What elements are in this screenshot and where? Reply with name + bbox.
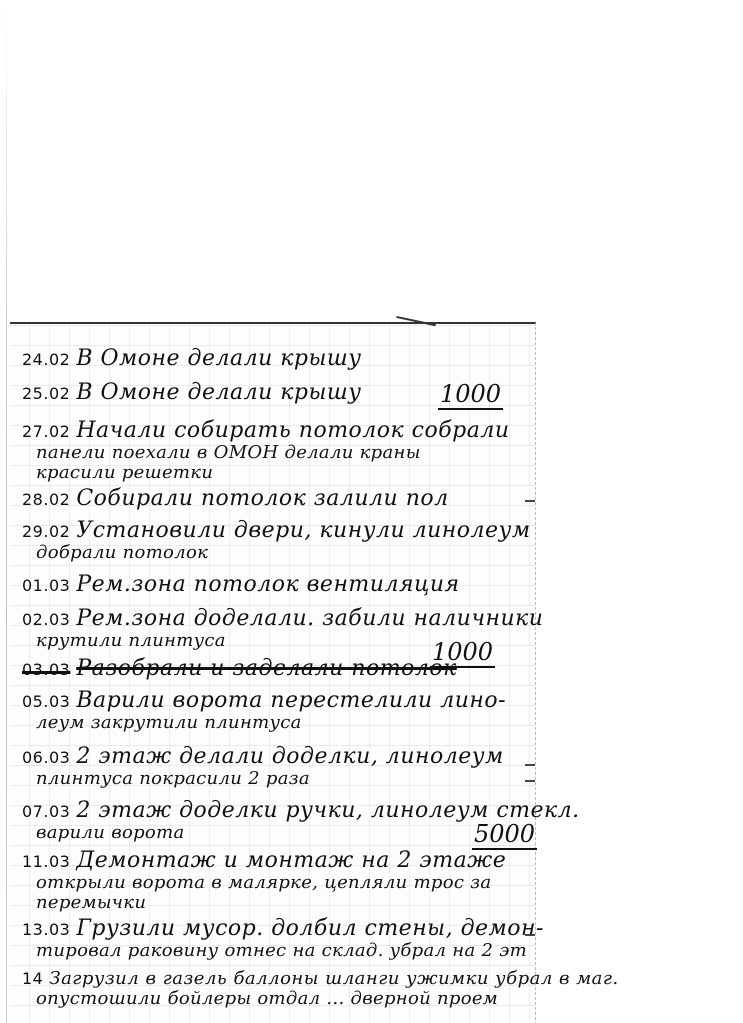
log-entry: 11.03Демонтаж и монтаж на 2 этаже открыл… xyxy=(22,850,542,912)
margin-mark xyxy=(525,934,535,936)
entry-text: варили ворота xyxy=(36,824,542,842)
entry-text: панели поехали в ОМОН делали краны xyxy=(36,444,542,462)
entry-text: Установили двери, кинули линолеум xyxy=(76,518,530,543)
entry-date: 24.02 xyxy=(22,350,70,369)
log-entry: 13.03Грузили мусор. долбил стены, демон-… xyxy=(22,918,542,960)
scan-edge xyxy=(6,0,7,1023)
log-entry: 07.032 этаж доделки ручки, линолеум стек… xyxy=(22,800,542,842)
log-entry: 06.032 этаж делали доделки, линолеум пли… xyxy=(22,746,542,788)
entry-text: тировал раковину отнес на склад. убрал н… xyxy=(36,942,542,960)
entry-date: 13.03 xyxy=(22,920,70,939)
entry-date: 14 xyxy=(22,969,43,988)
entry-text: леум закрутили плинтуса xyxy=(36,714,542,732)
entry-text: открыли ворота в малярке, цепляли трос з… xyxy=(36,874,542,892)
entry-text: В Омоне делали крышу xyxy=(76,346,361,371)
log-entry: 24.02В Омоне делали крышу xyxy=(22,348,542,370)
entry-text: Варили ворота перестелили лино- xyxy=(76,688,506,713)
entry-text: Собирали потолок залили пол xyxy=(76,486,448,511)
log-entry: 29.02Установили двери, кинули линолеум д… xyxy=(22,520,542,562)
entry-text: плинтуса покрасили 2 раза xyxy=(36,770,542,788)
entry-date: 02.03 xyxy=(22,610,70,629)
log-entry: 27.02Начали собирать потолок собрали пан… xyxy=(22,420,542,482)
entry-date: 29.02 xyxy=(22,522,70,541)
log-entry: 28.02Собирали потолок залили пол xyxy=(22,488,542,510)
entry-text: Рем.зона доделали. забили наличники xyxy=(76,606,543,631)
entry-date: 27.02 xyxy=(22,422,70,441)
entry-date: 11.03 xyxy=(22,852,70,871)
entry-text: Начали собирать потолок собрали xyxy=(76,418,509,443)
notebook-page: 24.02В Омоне делали крышу 25.02В Омоне д… xyxy=(10,322,536,1023)
amount-label: 1000 xyxy=(438,380,503,410)
amount-label: 5000 xyxy=(472,820,537,850)
entry-date: 28.02 xyxy=(22,490,70,509)
log-entry: 05.03Варили ворота перестелили лино- леу… xyxy=(22,690,542,732)
margin-mark xyxy=(525,780,535,782)
margin-mark xyxy=(525,500,535,502)
entry-date: 05.03 xyxy=(22,692,70,711)
paper-tear xyxy=(394,316,436,336)
entry-date: 25.02 xyxy=(22,384,70,403)
entry-date: 01.03 xyxy=(22,576,70,595)
log-entry-struck: 03.03Разобрали и заделали потолок xyxy=(22,658,542,680)
entry-date: 03.03 xyxy=(22,660,70,679)
entry-text: Разобрали и заделали потолок xyxy=(76,656,456,681)
entry-date: 06.03 xyxy=(22,748,70,767)
entry-text: добрали потолок xyxy=(36,544,542,562)
entry-text: Рем.зона потолок вентиляция xyxy=(76,572,459,597)
entry-text: В Омоне делали крышу xyxy=(76,380,361,405)
entry-text: Демонтаж и монтаж на 2 этаже xyxy=(76,848,506,873)
entry-date: 07.03 xyxy=(22,802,70,821)
entry-text: красили решетки xyxy=(36,464,542,482)
margin-mark xyxy=(525,764,535,766)
entry-text: опустошили бойлеры отдал ... дверной про… xyxy=(36,990,542,1008)
log-entry: 14Загрузил в газель баллоны шланги ужимк… xyxy=(22,970,542,1008)
entry-text: 2 этаж делали доделки, линолеум xyxy=(76,744,503,769)
entry-text: перемычки xyxy=(36,894,542,912)
log-entry: 01.03Рем.зона потолок вентиляция xyxy=(22,574,542,596)
entry-text: Грузили мусор. долбил стены, демон- xyxy=(76,916,544,941)
entry-text: Загрузил в газель баллоны шланги ужимки … xyxy=(49,968,618,989)
